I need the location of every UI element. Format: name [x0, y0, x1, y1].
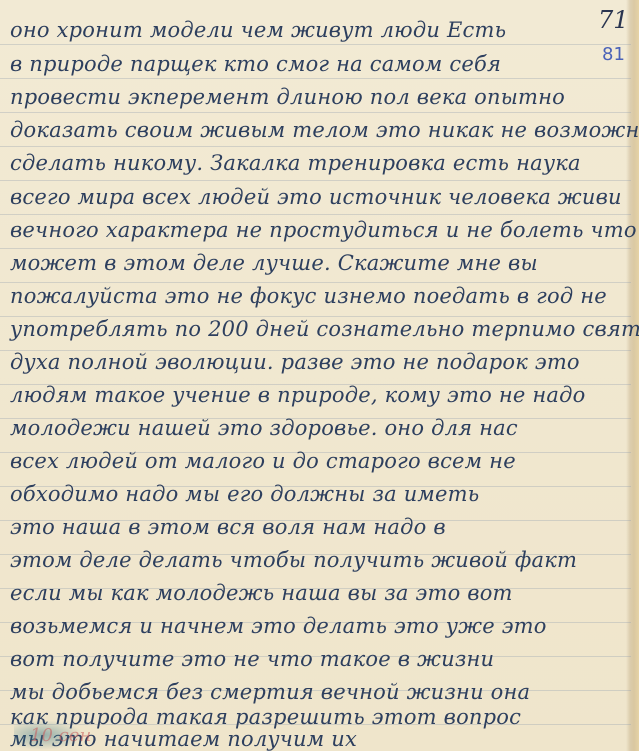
- handwritten-line: в природе парщек кто смог на самом себя: [10, 47, 610, 81]
- handwritten-line: доказать своим живым телом это никак не …: [10, 113, 610, 147]
- handwritten-line: может в этом деле лучше. Скажите мне вы: [10, 246, 610, 280]
- handwritten-line: молодежи нашей это здоровье. оно для нас: [10, 411, 610, 445]
- handwritten-line: если мы как молодежь наша вы за это вот: [10, 576, 610, 610]
- handwritten-line: вот получите это не что такое в жизни: [10, 642, 610, 676]
- handwritten-line: возьмемся и начнем это делать это уже эт…: [10, 609, 610, 643]
- handwritten-line: мы это начитаем получим их: [10, 722, 610, 751]
- handwritten-line: всего мира всех людей это источник челов…: [10, 180, 610, 214]
- handwritten-line: употреблять по 200 дней сознательно терп…: [10, 312, 610, 346]
- handwritten-line: вечного характера не простудиться и не б…: [10, 213, 610, 247]
- handwritten-line: это наша в этом вся воля нам надо в: [10, 510, 610, 544]
- bleed-through-text: 10 сен: [30, 725, 91, 746]
- handwritten-line: провести экперемент длиною пол века опыт…: [10, 80, 610, 114]
- handwritten-line: этом деле делать чтобы получить живой фа…: [10, 543, 610, 577]
- handwritten-line: оно хронит модели чем живут люди Есть: [10, 13, 610, 47]
- handwritten-line: духа полной эволюции. разве это не подар…: [10, 345, 610, 379]
- handwritten-line: всех людей от малого и до старого всем н…: [10, 444, 610, 478]
- handwritten-line: пожалуйста это не фокус изнемо поедать в…: [10, 279, 610, 313]
- handwritten-line: сделать никому. Закалка тренировка есть …: [10, 146, 610, 180]
- notebook-page: 71 81 оно хронит модели чем живут люди Е…: [0, 0, 639, 751]
- handwritten-line: обходимо надо мы его должны за иметь: [10, 477, 610, 511]
- handwritten-line: людям такое учение в природе, кому это н…: [10, 378, 610, 412]
